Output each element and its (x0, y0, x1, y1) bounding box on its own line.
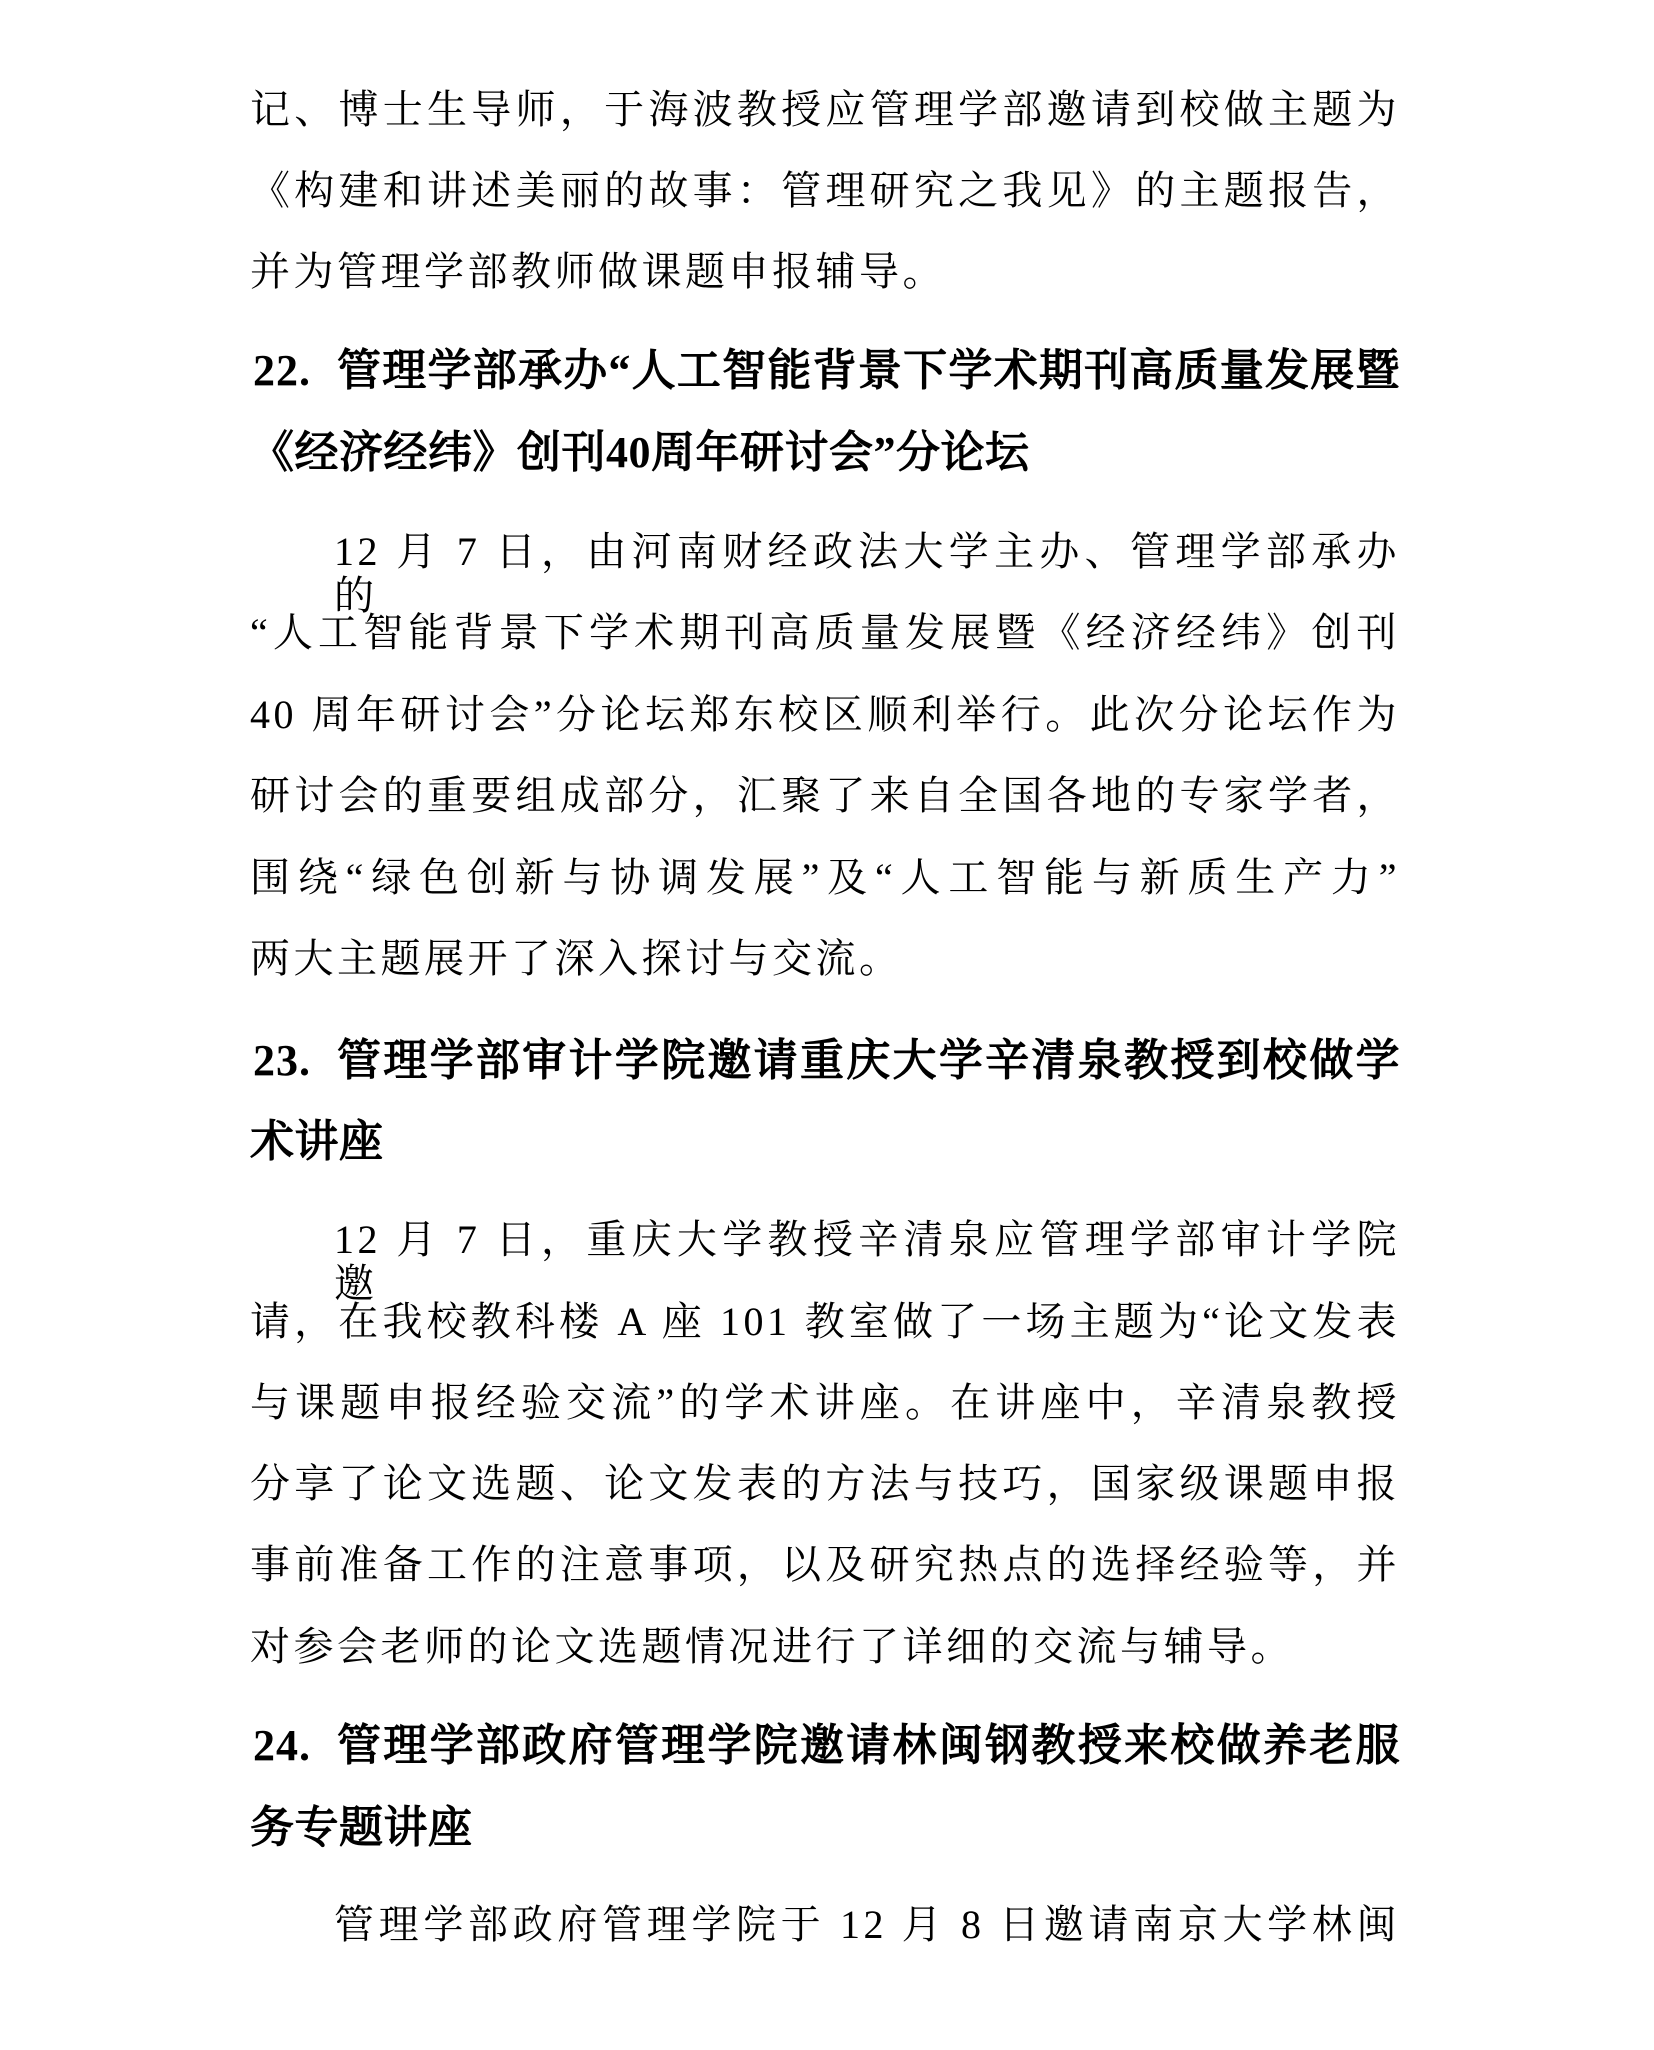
section-23-body-line: 对参会老师的论文选题情况进行了详细的交流与辅导。 (250, 1625, 1400, 1669)
section-24-body-line: 管理学部政府管理学院于 12 月 8 日邀请南京大学林闽 (250, 1903, 1400, 1947)
section-22-body-line: 12 月 7 日，由河南财经政法大学主办、管理学部承办的 (250, 530, 1400, 618)
section-22-body-line: 两大主题展开了深入探讨与交流。 (250, 937, 1400, 981)
section-23-number: 23. (253, 1036, 311, 1086)
section-23-body-line: 请，在我校教科楼 A 座 101 教室做了一场主题为“论文发表 (250, 1300, 1400, 1344)
section-22-body-line: “人工智能背景下学术期刊高质量发展暨《经济经纬》创刊 (250, 611, 1400, 655)
section-24-heading-line-1: 24. 管理学部政府管理学院邀请林闽钢教授来校做养老服 (250, 1721, 1400, 1771)
section-23-body-line: 与课题申报经验交流”的学术讲座。在讲座中，辛清泉教授 (250, 1381, 1400, 1425)
section-22-heading-line-2: 《经济经纬》创刊40周年研讨会”分论坛 (250, 428, 1400, 478)
section-23-title-part: 管理学部审计学院邀请重庆大学辛清泉教授到校做学 (337, 1036, 1400, 1086)
section-23-body-line: 事前准备工作的注意事项，以及研究热点的选择经验等，并 (250, 1543, 1400, 1587)
section-22-body-line: 研讨会的重要组成部分，汇聚了来自全国各地的专家学者， (250, 774, 1400, 818)
section-22-body-line: 40 周年研讨会”分论坛郑东校区顺利举行。此次分论坛作为 (250, 693, 1400, 737)
section-23-body-line: 分享了论文选题、论文发表的方法与技巧，国家级课题申报 (250, 1462, 1400, 1506)
section-23-heading-line-1: 23. 管理学部审计学院邀请重庆大学辛清泉教授到校做学 (250, 1036, 1400, 1086)
section-23-heading-line-2: 术讲座 (250, 1117, 1400, 1167)
intro-paragraph-line: 《构建和讲述美丽的故事：管理研究之我见》的主题报告， (250, 169, 1400, 213)
section-22-heading-line-1: 22. 管理学部承办“人工智能背景下学术期刊高质量发展暨 (250, 346, 1400, 396)
section-22-title-part: 管理学部承办“人工智能背景下学术期刊高质量发展暨 (337, 346, 1400, 396)
section-22-number: 22. (253, 346, 311, 396)
intro-paragraph-line: 记、博士生导师，于海波教授应管理学部邀请到校做主题为 (250, 88, 1400, 132)
document-page: 记、博士生导师，于海波教授应管理学部邀请到校做主题为 《构建和讲述美丽的故事：管… (0, 0, 1654, 2050)
section-24-number: 24. (253, 1721, 311, 1771)
section-24-title-part: 管理学部政府管理学院邀请林闽钢教授来校做养老服 (337, 1721, 1400, 1771)
intro-paragraph-line: 并为管理学部教师做课题申报辅导。 (250, 250, 1400, 294)
section-24-heading-line-2: 务专题讲座 (250, 1803, 1400, 1853)
section-23-body-line: 12 月 7 日，重庆大学教授辛清泉应管理学部审计学院邀 (250, 1218, 1400, 1306)
section-22-body-line: 围绕“绿色创新与协调发展”及“人工智能与新质生产力” (250, 856, 1400, 900)
